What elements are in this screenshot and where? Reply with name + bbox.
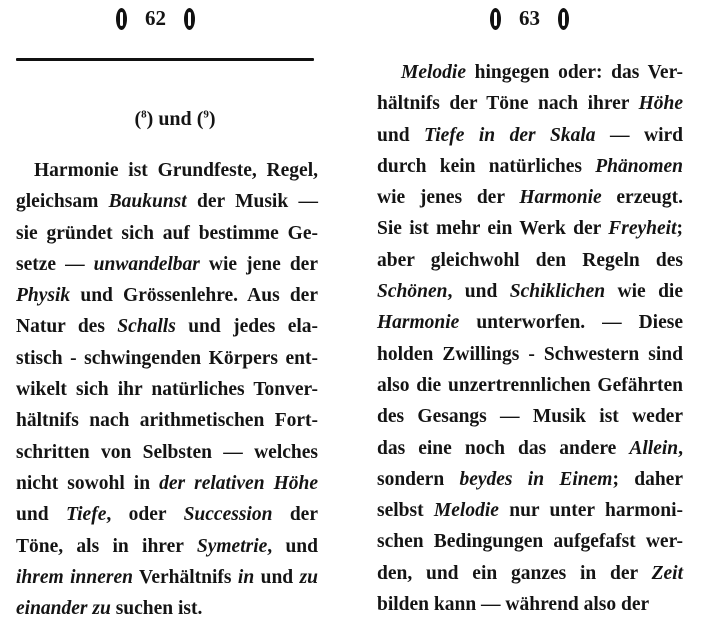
text-run: sondern [377, 469, 459, 490]
text-run: , und [447, 281, 509, 302]
text-run: schritten von Selbsten — welches [16, 442, 318, 463]
text-run: Töne, als in ihrer [16, 536, 197, 557]
text-run: , und [267, 536, 318, 557]
italic-text: Melodie [434, 500, 499, 521]
text-run: selbst [377, 500, 434, 521]
text-line: sie gründet sich auf bestimme Ge- [16, 218, 318, 249]
ornament-icon [558, 8, 569, 30]
text-line: wie jenes der Harmonie erzeugt. [377, 182, 683, 213]
italic-text: Schiklichen [510, 281, 605, 302]
text-run: setze — [16, 254, 94, 275]
text-line: ihrem inneren Verhältnifs in und zu [16, 562, 318, 593]
text-line: Melodie hingegen oder: das Ver- [377, 57, 683, 88]
text-run: der Musik — [187, 191, 318, 212]
text-line: Harmonie ist Grundfeste, Regel, [16, 155, 318, 186]
text-line: nicht sowohl in der relativen Höhe [16, 468, 318, 499]
text-run: das eine noch das andere [377, 438, 629, 459]
text-run: des Gesangs — Musik ist weder [377, 406, 683, 427]
text-run: wie jenes der [377, 187, 519, 208]
text-run: und [377, 125, 424, 146]
text-line: setze — unwandelbar wie jene der [16, 249, 318, 280]
right-page: 63 Melodie hingegen oder: das Ver-hältni… [350, 0, 707, 632]
text-run: und Grössenlehre. Aus der [70, 285, 318, 306]
italic-text: in [238, 567, 254, 588]
page-number: 62 [145, 6, 166, 31]
text-line: durch kein natürliches Phänomen [377, 151, 683, 182]
text-line: bilden kann — während also der [377, 589, 683, 620]
page-header: 62 [116, 6, 195, 31]
text-run: ; daher [612, 469, 683, 490]
text-line: aber gleichwohl den Regeln des [377, 245, 683, 276]
text-run: aber gleichwohl den Regeln des [377, 250, 683, 271]
text-line: Schönen, und Schiklichen wie die [377, 276, 683, 307]
page-header: 63 [490, 6, 569, 31]
text-run: wikelt sich ihr natürliches Tonver- [16, 379, 318, 400]
ornament-icon [490, 8, 501, 30]
italic-text: Harmonie [519, 187, 601, 208]
text-run: wie jene der [200, 254, 318, 275]
text-line: Physik und Grössenlehre. Aus der [16, 280, 318, 311]
text-line: den, und ein ganzes in der Zeit [377, 558, 683, 589]
text-run: nur unter harmoni- [499, 500, 683, 521]
body-text: Melodie hingegen oder: das Ver-hältnifs … [377, 57, 683, 620]
italic-text: Freyheit [608, 218, 676, 239]
text-run: durch kein natürliches [377, 156, 595, 177]
ornament-icon [184, 8, 195, 30]
italic-text: Tiefe in der Skala [424, 125, 596, 146]
text-run: Harmonie ist Grundfeste, Regel, [34, 160, 318, 181]
body-text: Harmonie ist Grundfeste, Regel,gleichsam… [16, 155, 318, 624]
text-line: schen Bedingungen aufgefafst wer- [377, 526, 683, 557]
text-run: Sie ist mehr ein Werk der [377, 218, 608, 239]
italic-text: Phänomen [595, 156, 683, 177]
text-run: und [16, 504, 66, 525]
text-line: wikelt sich ihr natürliches Tonver- [16, 374, 318, 405]
text-run: bilden kann — während also der [377, 594, 649, 615]
italic-text: Allein [629, 438, 678, 459]
text-run: den, und ein ganzes in der [377, 563, 652, 584]
text-run: wie die [605, 281, 683, 302]
text-run: suchen ist. [111, 598, 203, 619]
italic-text: zu [300, 567, 318, 588]
text-run: sie gründet sich auf bestimme Ge- [16, 223, 318, 244]
text-run: und jedes ela- [176, 316, 318, 337]
text-line: und Tiefe, oder Succession der [16, 499, 318, 530]
text-run: , oder [106, 504, 183, 525]
text-line: also die unzertrennlichen Gefährten [377, 370, 683, 401]
text-line: schritten von Selbsten — welches [16, 437, 318, 468]
text-run: stisch - schwingenden Körpers ent- [16, 348, 318, 369]
text-run: ; [677, 218, 684, 239]
italic-text: Harmonie [377, 312, 459, 333]
text-run: hältnifs der Töne nach ihrer [377, 93, 639, 114]
italic-text: Tiefe [66, 504, 106, 525]
text-line: holden Zwillings - Schwestern sind [377, 339, 683, 370]
text-run: hältnifs nach arithmetischen Fort- [16, 410, 318, 431]
italic-text: Melodie [401, 62, 466, 83]
text-line: Sie ist mehr ein Werk der Freyheit; [377, 213, 683, 244]
text-run: holden Zwillings - Schwestern sind [377, 344, 683, 365]
text-run: schen Bedingungen aufgefafst wer- [377, 531, 683, 552]
italic-text: beydes in Einem [459, 469, 612, 490]
italic-text: Zeit [652, 563, 683, 584]
text-run: nicht sowohl in [16, 473, 159, 494]
text-line: gleichsam Baukunst der Musik — [16, 186, 318, 217]
text-line: Harmonie unterworfen. — Diese [377, 307, 683, 338]
text-line: Natur des Schalls und jedes ela- [16, 311, 318, 342]
italic-text: der relativen Höhe [159, 473, 318, 494]
text-line: stisch - schwingenden Körpers ent- [16, 343, 318, 374]
text-run: also die unzertrennlichen Gefährten [377, 375, 683, 396]
text-run: gleichsam [16, 191, 109, 212]
italic-text: Schalls [117, 316, 176, 337]
italic-text: Symetrie [197, 536, 267, 557]
header-rule [16, 58, 314, 61]
text-line: hältnifs nach arithmetischen Fort- [16, 405, 318, 436]
text-line: sondern beydes in Einem; daher [377, 464, 683, 495]
text-line: des Gesangs — Musik ist weder [377, 401, 683, 432]
text-line: und Tiefe in der Skala — wird [377, 120, 683, 151]
text-line: das eine noch das andere Allein, [377, 433, 683, 464]
text-line: hältnifs der Töne nach ihrer Höhe [377, 88, 683, 119]
italic-text: ihrem inneren [16, 567, 133, 588]
section-heading: (8) und (9) [0, 108, 350, 131]
text-line: selbst Melodie nur unter harmoni- [377, 495, 683, 526]
italic-text: Baukunst [109, 191, 187, 212]
left-page: 62 (8) und (9) Harmonie ist Grundfeste, … [0, 0, 350, 632]
text-run: und [254, 567, 299, 588]
text-run: hingegen oder: das Ver- [466, 62, 683, 83]
text-run: , [678, 438, 683, 459]
text-run: erzeugt. [602, 187, 683, 208]
text-run: Verhältnifs [133, 567, 238, 588]
text-run: der [272, 504, 318, 525]
italic-text: Succession [184, 504, 273, 525]
text-run: — wird [596, 125, 683, 146]
text-run: Natur des [16, 316, 117, 337]
italic-text: Schönen [377, 281, 447, 302]
italic-text: Physik [16, 285, 70, 306]
italic-text: unwandelbar [94, 254, 200, 275]
text-line: Töne, als in ihrer Symetrie, und [16, 531, 318, 562]
italic-text: Höhe [639, 93, 683, 114]
text-run: unterworfen. — Diese [459, 312, 683, 333]
italic-text: einander zu [16, 598, 111, 619]
page-number: 63 [519, 6, 540, 31]
text-line: einander zu suchen ist. [16, 593, 318, 624]
ornament-icon [116, 8, 127, 30]
